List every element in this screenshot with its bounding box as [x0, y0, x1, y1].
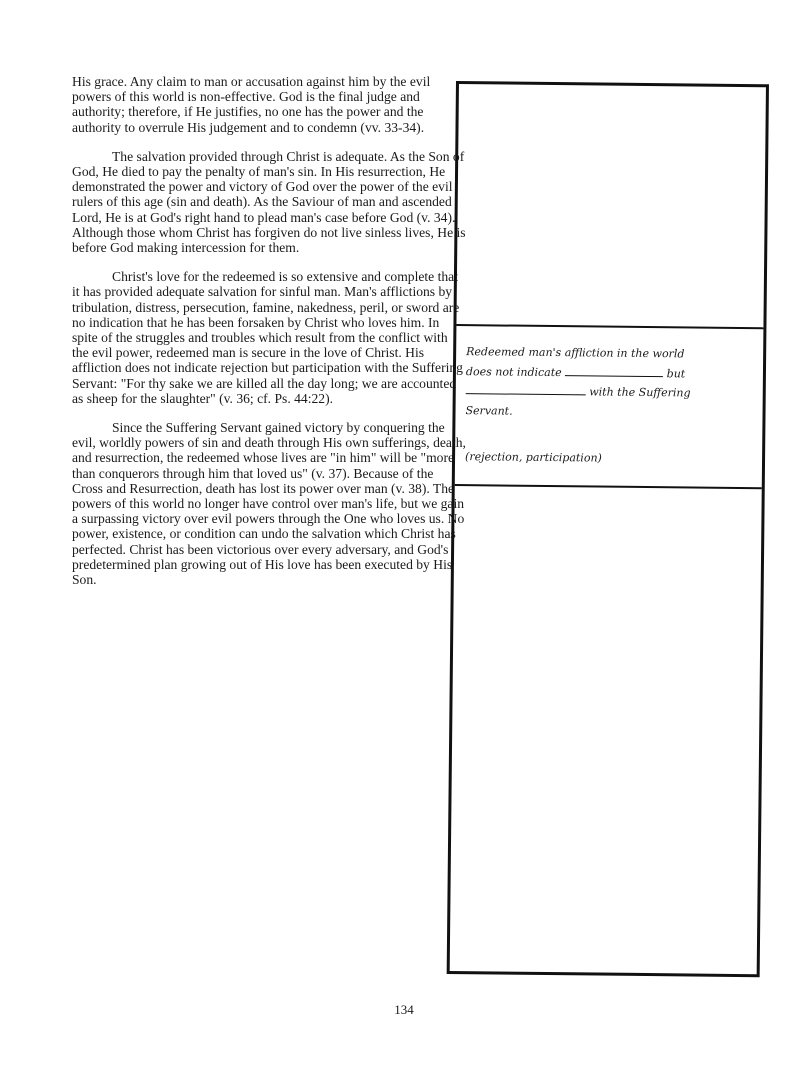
frame-divider-bottom: [455, 484, 762, 489]
exercise-text: but: [667, 367, 686, 380]
paragraph-3: Christ's love for the redeemed is so ext…: [72, 269, 467, 406]
page-number: 134: [384, 1002, 424, 1018]
answer-blank-1[interactable]: [565, 363, 663, 377]
exercise-text: with the Suffering: [589, 385, 690, 399]
exercise-line-3: with the Suffering: [466, 381, 756, 404]
answer-key: (rejection, participation): [465, 447, 755, 470]
paragraph-4: Since the Suffering Servant gained victo…: [72, 420, 467, 587]
worksheet-frame: Redeemed man's affliction in the world d…: [447, 81, 769, 977]
body-text-column: His grace. Any claim to man or accusatio…: [72, 74, 467, 601]
frame-divider-top: [456, 324, 763, 329]
exercise-text: does not indicate: [466, 365, 562, 379]
exercise-line-1: Redeemed man's affliction in the world: [466, 342, 756, 365]
paragraph-2: The salvation provided through Christ is…: [72, 149, 467, 255]
exercise-line-4: Servant.: [465, 401, 755, 424]
paragraph-1: His grace. Any claim to man or accusatio…: [72, 74, 467, 135]
fill-in-blank-exercise: Redeemed man's affliction in the world d…: [465, 342, 756, 470]
answer-blank-2[interactable]: [466, 381, 586, 395]
